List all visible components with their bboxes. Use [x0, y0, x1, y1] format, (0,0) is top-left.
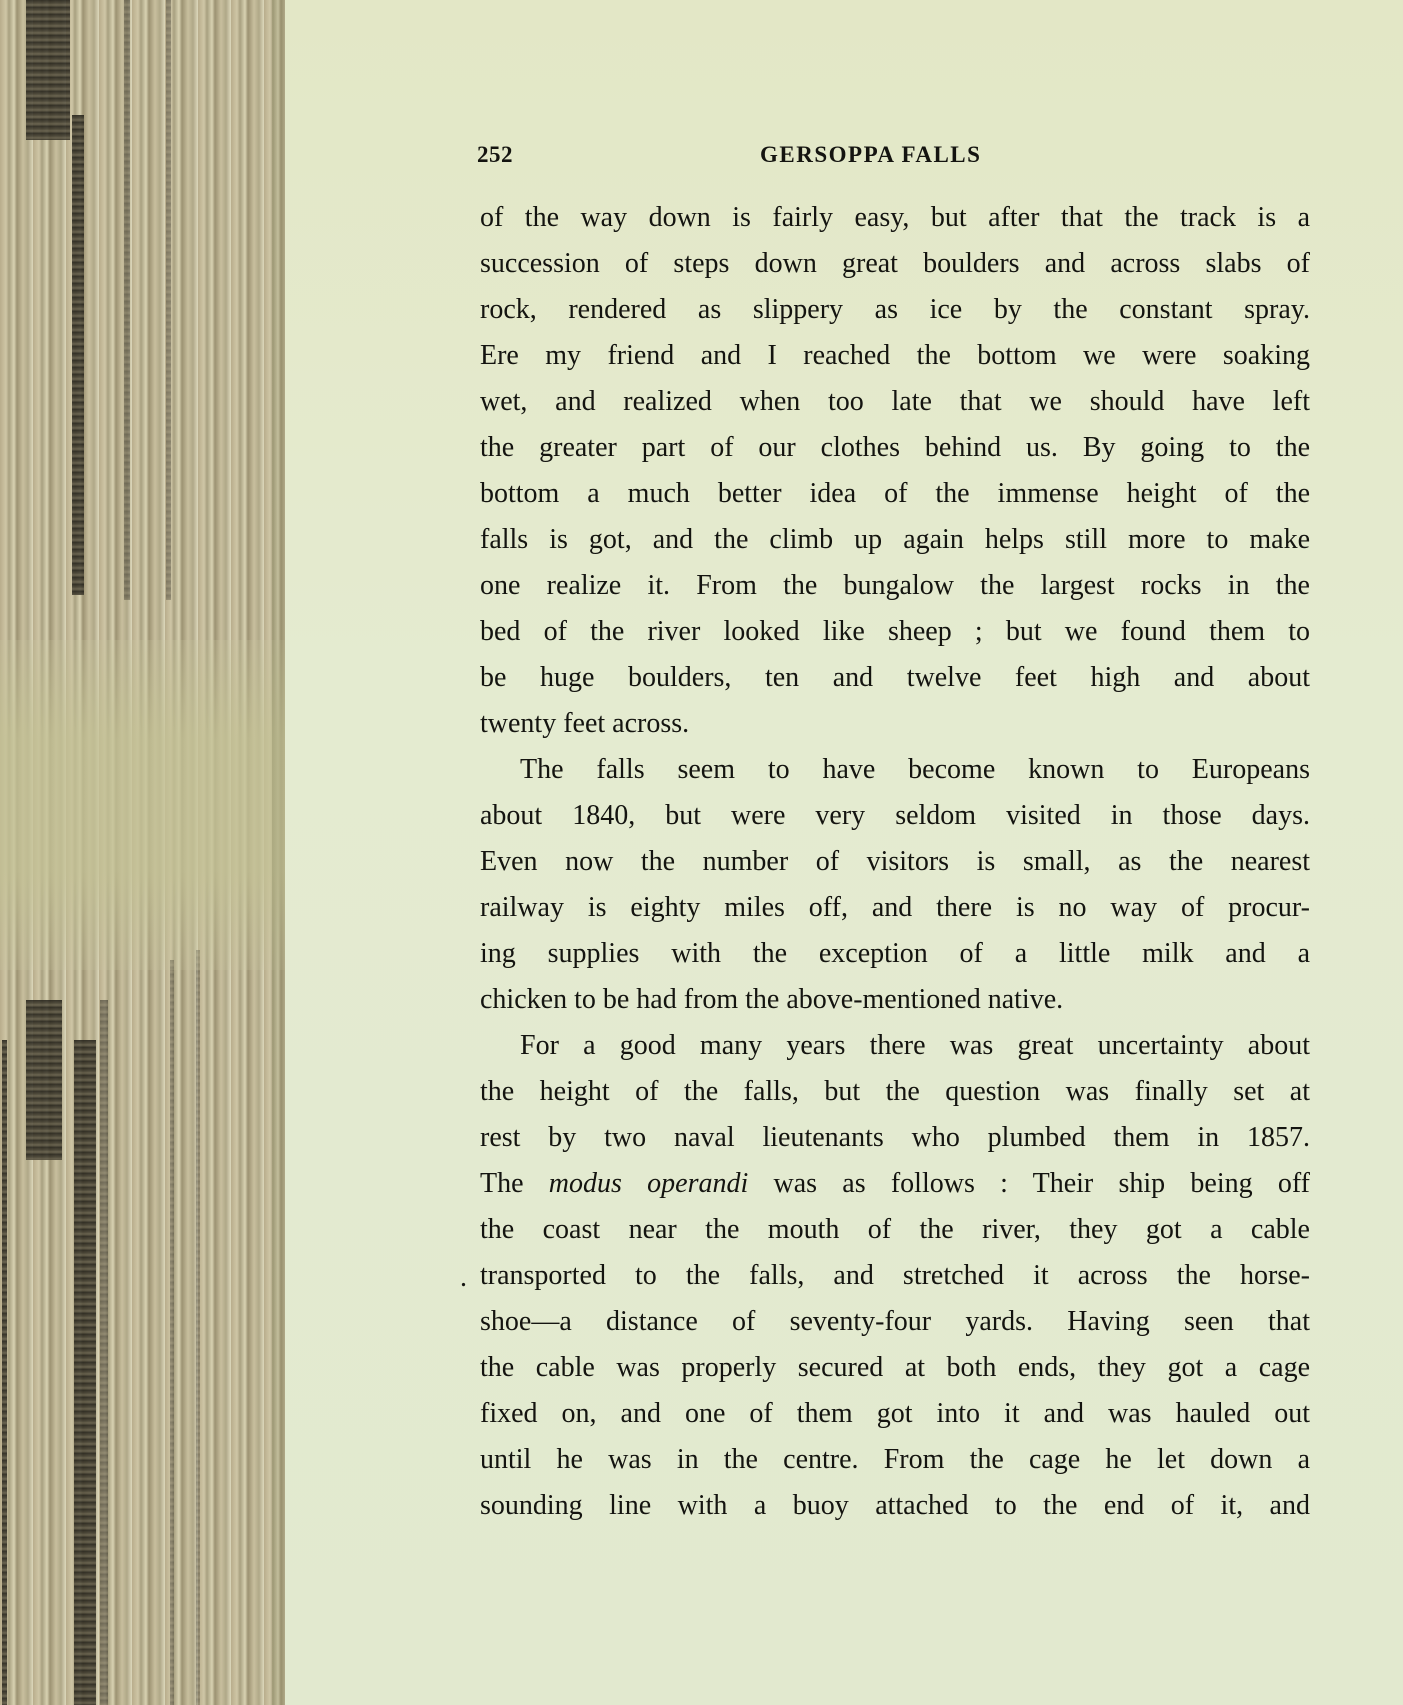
text-line: succession of steps down great boulders … — [480, 241, 1310, 287]
text-line: of the way down is fairly easy, but afte… — [480, 195, 1310, 241]
text-line-with-italic: The modus operandi was as follows : Thei… — [480, 1161, 1310, 1207]
text-line: For a good many years there was great un… — [480, 1023, 1310, 1069]
text-line: twenty feet across. — [480, 701, 1310, 747]
page-number: 252 — [477, 142, 513, 168]
text-run: was as follows : Their ship being off — [748, 1168, 1310, 1199]
page-edge-dark-stripe — [166, 0, 171, 600]
text-line: sounding line with a buoy attached to th… — [480, 1483, 1310, 1529]
text-line: Ere my friend and I reached the bottom w… — [480, 333, 1310, 379]
body-text: of the way down is fairly easy, but afte… — [480, 195, 1310, 1529]
paragraph: The falls seem to have become known to E… — [480, 747, 1310, 1023]
text-line: Even now the number of visitors is small… — [480, 839, 1310, 885]
page-edge-dark-stripe — [26, 1000, 62, 1160]
italic-phrase: modus operandi — [549, 1168, 748, 1199]
page-edge-dark-stripe — [26, 0, 70, 140]
text-line: railway is eighty miles off, and there i… — [480, 885, 1310, 931]
page-edge-dark-stripe — [2, 1040, 7, 1705]
page-edge-dark-stripe — [100, 1000, 108, 1705]
text-line: The falls seem to have become known to E… — [480, 747, 1310, 793]
paragraph: of the way down is fairly easy, but afte… — [480, 195, 1310, 747]
page-edge-dark-stripe — [74, 1040, 96, 1705]
page-edge-blur-band — [0, 640, 285, 970]
text-line: falls is got, and the climb up again hel… — [480, 517, 1310, 563]
text-run: The — [480, 1168, 549, 1199]
text-line: wet, and realized when too late that we … — [480, 379, 1310, 425]
text-line: rest by two naval lieutenants who plumbe… — [480, 1115, 1310, 1161]
paragraph: For a good many years there was great un… — [480, 1023, 1310, 1529]
text-line: until he was in the centre. From the cag… — [480, 1437, 1310, 1483]
text-line: one realize it. From the bungalow the la… — [480, 563, 1310, 609]
page-edge-dark-stripe — [72, 115, 84, 595]
text-line: rock, rendered as slippery as ice by the… — [480, 287, 1310, 333]
text-line: bed of the river looked like sheep ; but… — [480, 609, 1310, 655]
stray-mark: . — [460, 1262, 467, 1294]
running-title: GERSOPPA FALLS — [760, 142, 981, 168]
running-head: 252 GERSOPPA FALLS — [477, 142, 1322, 172]
text-line: the height of the falls, but the questio… — [480, 1069, 1310, 1115]
text-line: the greater part of our clothes behind u… — [480, 425, 1310, 471]
text-line: the coast near the mouth of the river, t… — [480, 1207, 1310, 1253]
text-line: ing supplies with the exception of a lit… — [480, 931, 1310, 977]
book-page-edges — [0, 0, 285, 1705]
text-line: bottom a much better idea of the immense… — [480, 471, 1310, 517]
page-edge-dark-stripe — [124, 0, 130, 600]
text-line: shoe—a distance of seventy-four yards. H… — [480, 1299, 1310, 1345]
text-line: transported to the falls, and stretched … — [480, 1253, 1310, 1299]
text-line: about 1840, but were very seldom visited… — [480, 793, 1310, 839]
text-line: fixed on, and one of them got into it an… — [480, 1391, 1310, 1437]
text-line: be huge boulders, ten and twelve feet hi… — [480, 655, 1310, 701]
text-line: the cable was properly secured at both e… — [480, 1345, 1310, 1391]
text-line: chicken to be had from the above-mention… — [480, 977, 1310, 1023]
page-edge-dark-stripe — [170, 960, 174, 1705]
page-edge-dark-stripe — [196, 950, 200, 1705]
